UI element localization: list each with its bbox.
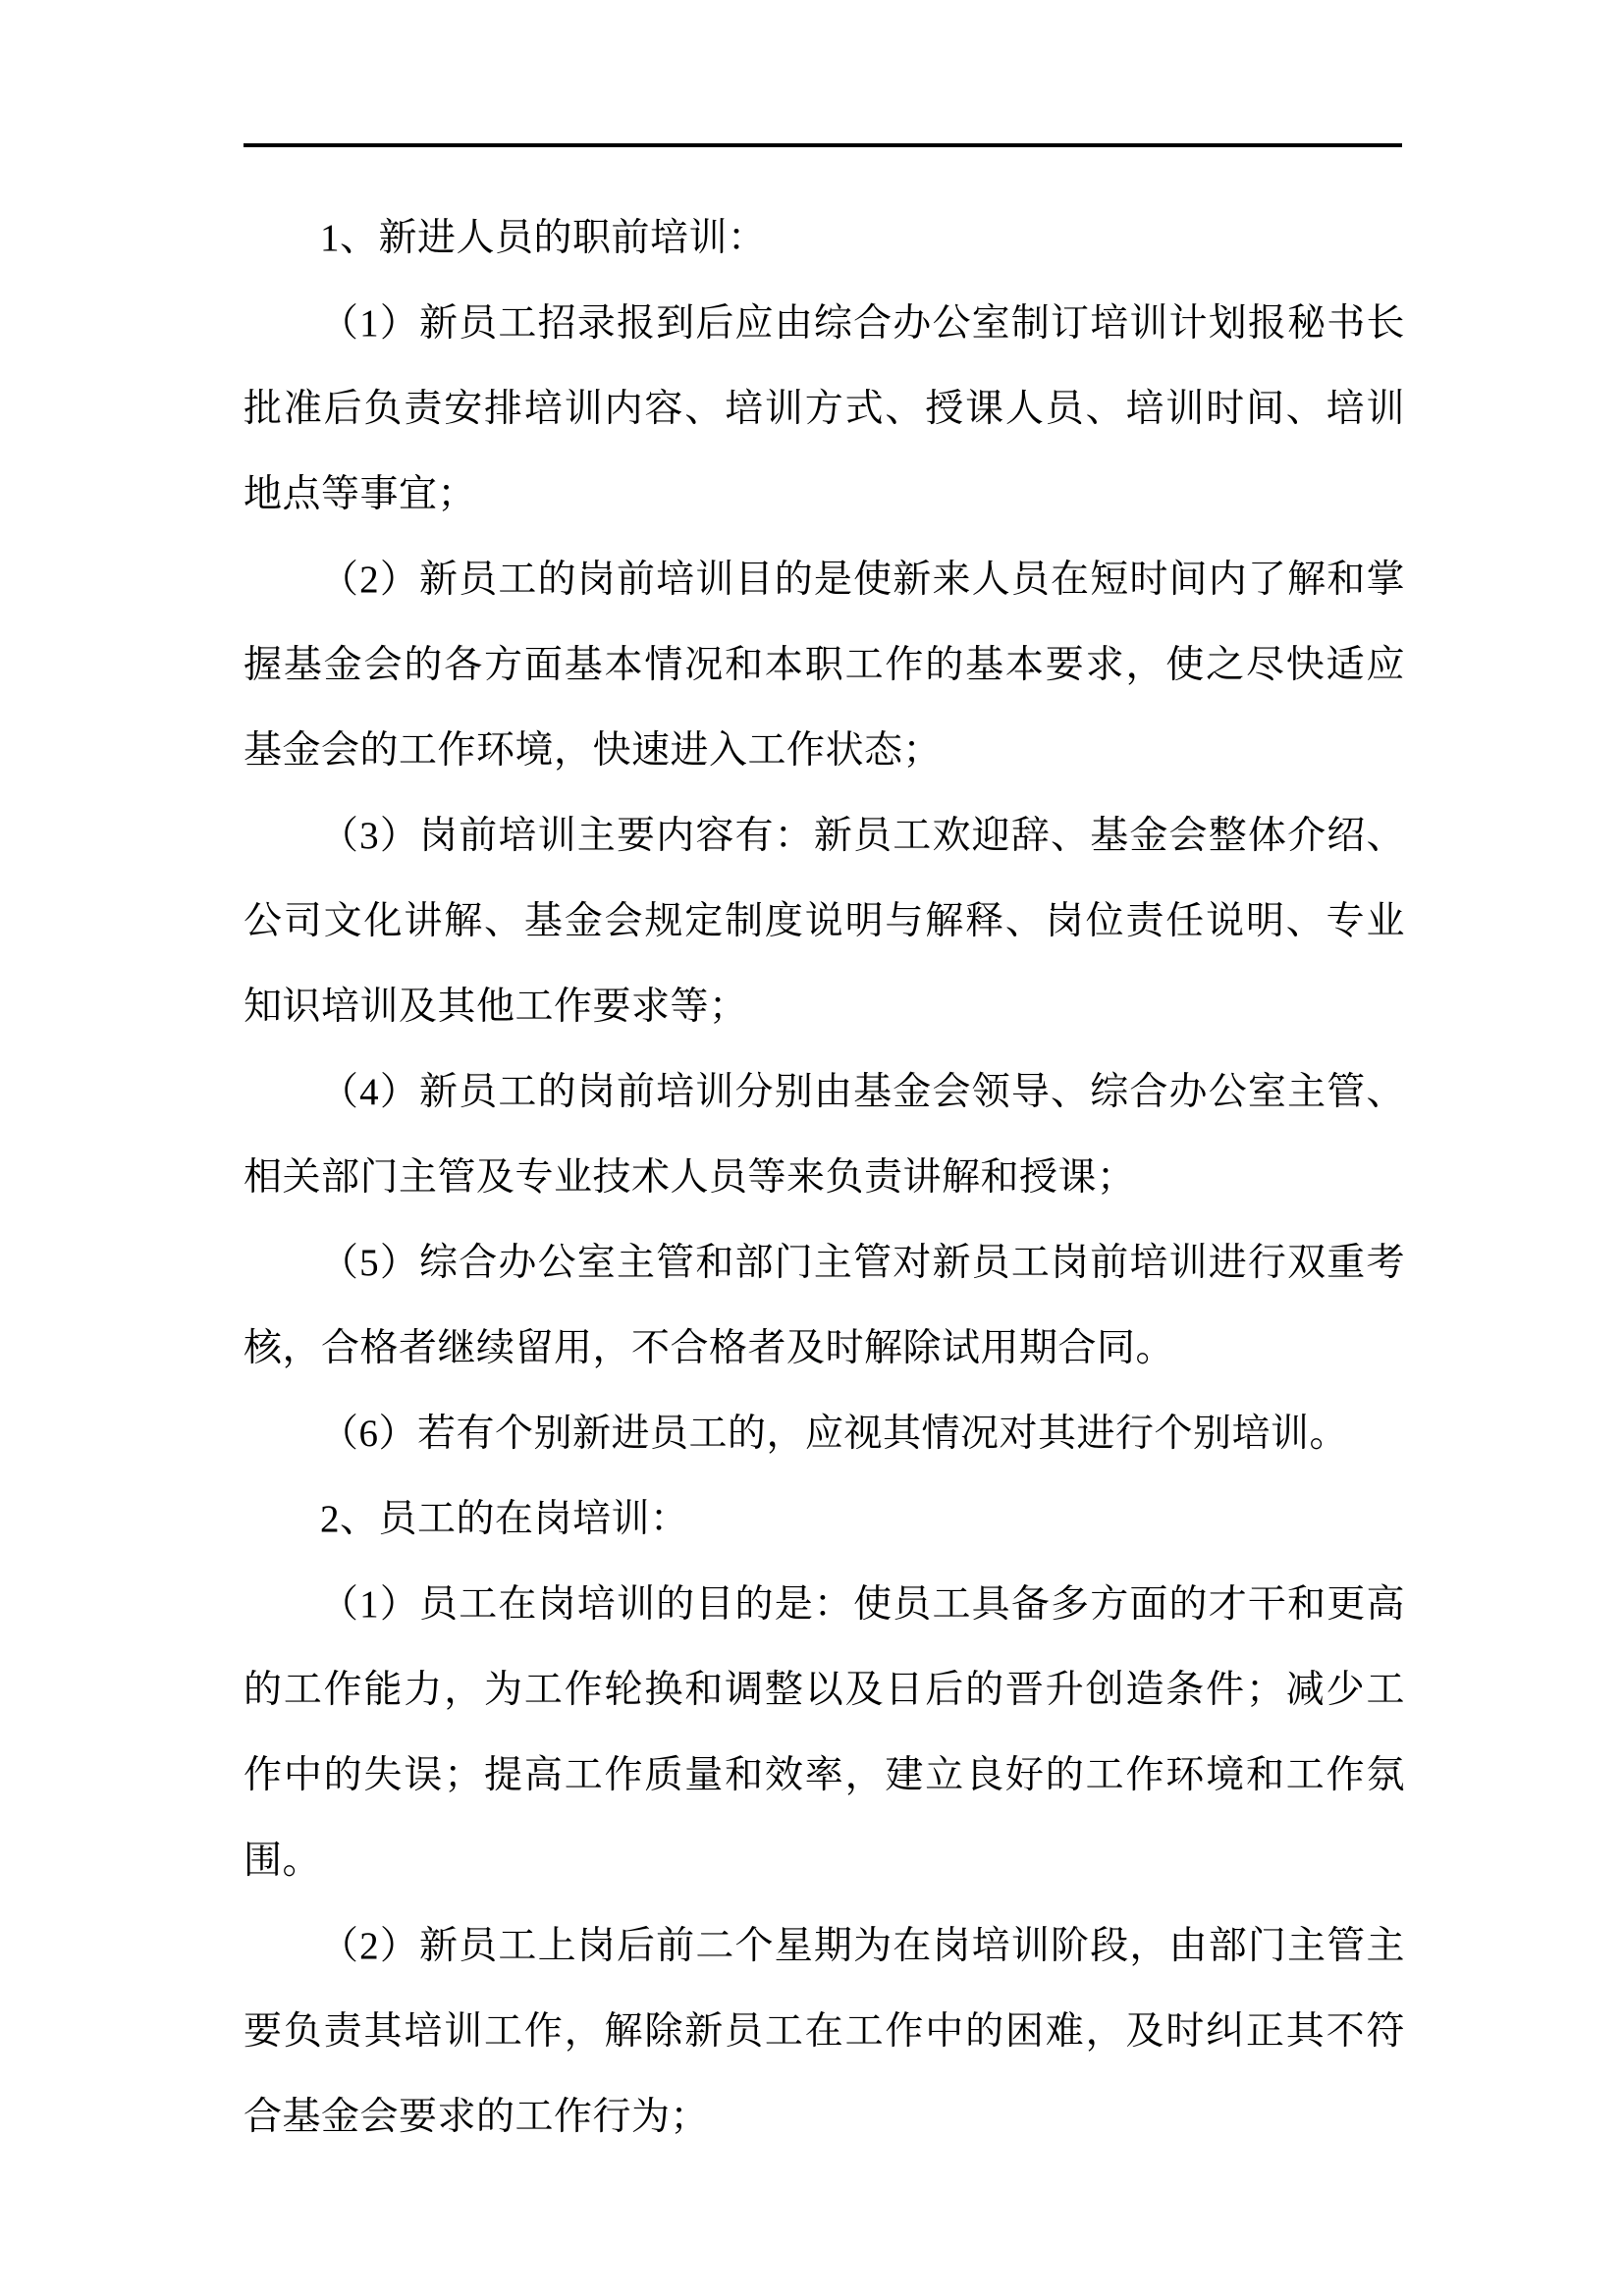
- paragraph-section1-item4: （4）新员工的岗前培训分别由基金会领导、综合办公室主管、相关部门主管及专业技术人…: [244, 1049, 1405, 1220]
- paragraph-section1-item2: （2）新员工的岗前培训目的是使新来人员在短时间内了解和掌握基金会的各方面基本情况…: [244, 537, 1405, 793]
- paragraph-section1-heading: 1、新进人员的职前培训：: [244, 195, 1405, 281]
- paragraph-section2-item2: （2）新员工上岗后前二个星期为在岗培训阶段，由部门主管主要负责其培训工作，解除新…: [244, 1903, 1405, 2160]
- paragraph-section1-item5: （5）综合办公室主管和部门主管对新员工岗前培训进行双重考核，合格者继续留用，不合…: [244, 1220, 1405, 1391]
- paragraph-section1-item1: （1）新员工招录报到后应由综合办公室制订培训计划报秘书长批准后负责安排培训内容、…: [244, 281, 1405, 537]
- paragraph-section1-item6: （6）若有个别新进员工的，应视其情况对其进行个别培训。: [244, 1391, 1405, 1476]
- paragraph-section2-heading: 2、员工的在岗培训：: [244, 1476, 1405, 1562]
- document-page: 1、新进人员的职前培训： （1）新员工招录报到后应由综合办公室制订培训计划报秘书…: [0, 0, 1624, 2296]
- document-body: 1、新进人员的职前培训： （1）新员工招录报到后应由综合办公室制订培训计划报秘书…: [244, 195, 1405, 2160]
- paragraph-section1-item3: （3）岗前培训主要内容有：新员工欢迎辞、基金会整体介绍、公司文化讲解、基金会规定…: [244, 793, 1405, 1049]
- paragraph-section2-item1: （1）员工在岗培训的目的是：使员工具备多方面的才干和更高的工作能力，为工作轮换和…: [244, 1562, 1405, 1903]
- header-rule: [244, 143, 1402, 147]
